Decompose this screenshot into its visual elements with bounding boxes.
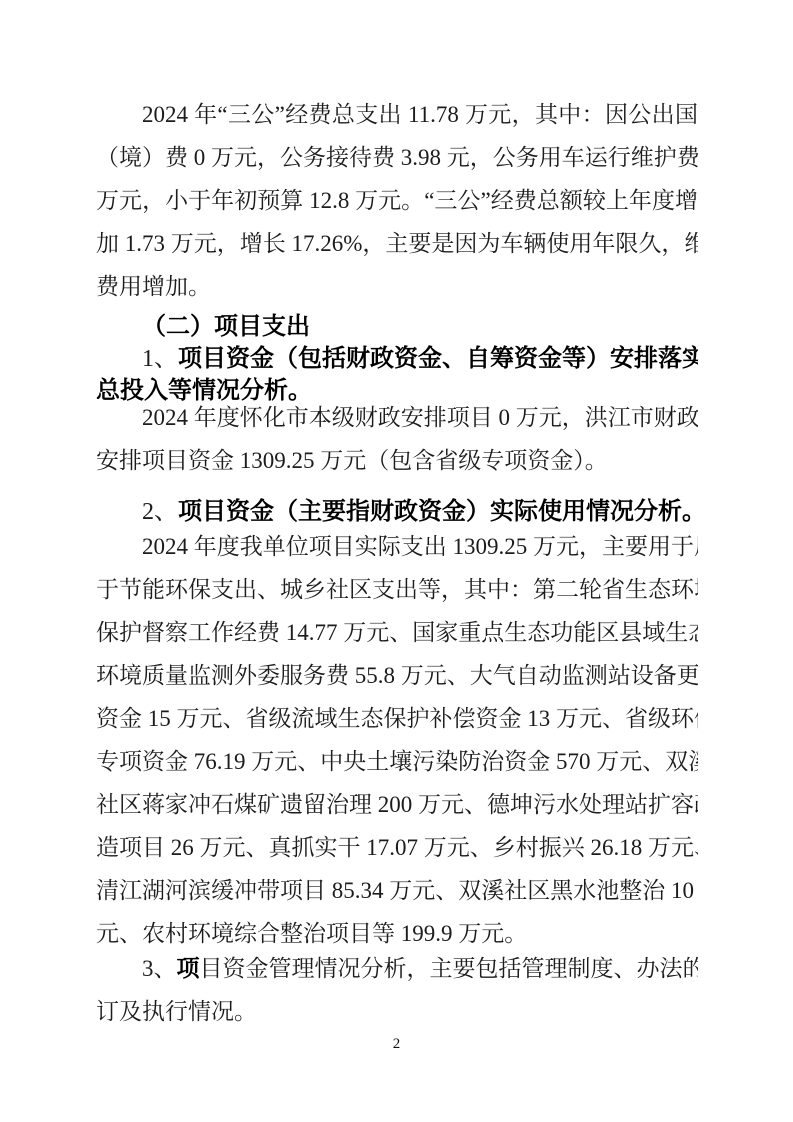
text-line: 2024 年度我单位项目实际支出 1309.25 万元，主要用于用: [96, 525, 698, 568]
para-expenditure-breakdown: 2024 年度我单位项目实际支出 1309.25 万元，主要用于用 于节能环保支…: [96, 525, 698, 955]
text-segment: 目资金管理情况分析，主要包括管理制度、办法的制: [200, 956, 699, 981]
heading-line: （二）项目支出: [96, 311, 698, 343]
text-line: 2024 年度怀化市本级财政安排项目 0 万元，洪江市财政共: [96, 396, 698, 439]
heading-actual-fund-usage: 2、项目资金（主要指财政资金）实际使用情况分析。: [96, 496, 698, 528]
text-line: 专项资金 76.19 万元、中央土壤污染防治资金 570 万元、双溪: [96, 740, 698, 783]
heading-text: 项目资金（主要指财政资金）实际使用情况分析。: [178, 498, 698, 525]
list-number: 2、: [142, 499, 178, 525]
heading-line: 2、项目资金（主要指财政资金）实际使用情况分析。: [96, 496, 698, 528]
heading-text: 项目资金（包括财政资金、自筹资金等）安排落实、: [178, 345, 698, 372]
text-line: 于节能环保支出、城乡社区支出等，其中：第二轮省生态环境: [96, 568, 698, 611]
text-line: 2024 年“三公”经费总支出 11.78 万元，其中：因公出国: [96, 93, 698, 136]
para-sangong-expenses: 2024 年“三公”经费总支出 11.78 万元，其中：因公出国 （境）费 0 …: [96, 93, 698, 308]
heading-line: 1、项目资金（包括财政资金、自筹资金等）安排落实、: [96, 343, 698, 375]
text-line: 加 1.73 万元，增长 17.26%，主要是因为车辆使用年限久，维修: [96, 222, 698, 265]
text-line: 3、项目资金管理情况分析，主要包括管理制度、办法的制: [96, 947, 698, 990]
para-fund-management: 3、项目资金管理情况分析，主要包括管理制度、办法的制 订及执行情况。: [96, 947, 698, 1033]
text-line: 万元，小于年初预算 12.8 万元。“三公”经费总额较上年度增: [96, 179, 698, 222]
page-number: 2: [0, 1036, 793, 1053]
text-line: 环境质量监测外委服务费 55.8 万元、大气自动监测站设备更新: [96, 654, 698, 697]
heading-project-expenditure: （二）项目支出: [96, 311, 698, 343]
text-line: 保护督察工作经费 14.77 万元、国家重点生态功能区县域生态: [96, 611, 698, 654]
bold-character: 项: [177, 955, 200, 981]
list-number: 3、: [142, 956, 177, 981]
document-page: 2024 年“三公”经费总支出 11.78 万元，其中：因公出国 （境）费 0 …: [0, 0, 793, 1122]
text-line: 资金 15 万元、省级流域生态保护补偿资金 13 万元、省级环保: [96, 697, 698, 740]
text-line: （境）费 0 万元，公务接待费 3.98 元，公务用车运行维护费 7.8: [96, 136, 698, 179]
para-fund-arrangement-detail: 2024 年度怀化市本级财政安排项目 0 万元，洪江市财政共 安排项目资金 13…: [96, 396, 698, 482]
list-number: 1、: [142, 346, 178, 372]
text-line: 费用增加。: [96, 265, 698, 308]
text-line: 订及执行情况。: [96, 990, 698, 1033]
text-line: 安排项目资金 1309.25 万元（包含省级专项资金）。: [96, 439, 698, 482]
text-line: 造项目 26 万元、真抓实干 17.07 万元、乡村振兴 26.18 万元、: [96, 826, 698, 869]
text-line: 清江湖河滨缓冲带项目 85.34 万元、双溪社区黑水池整治 10 万: [96, 869, 698, 912]
text-line: 社区蒋家冲石煤矿遗留治理 200 万元、德坤污水处理站扩容改: [96, 783, 698, 826]
